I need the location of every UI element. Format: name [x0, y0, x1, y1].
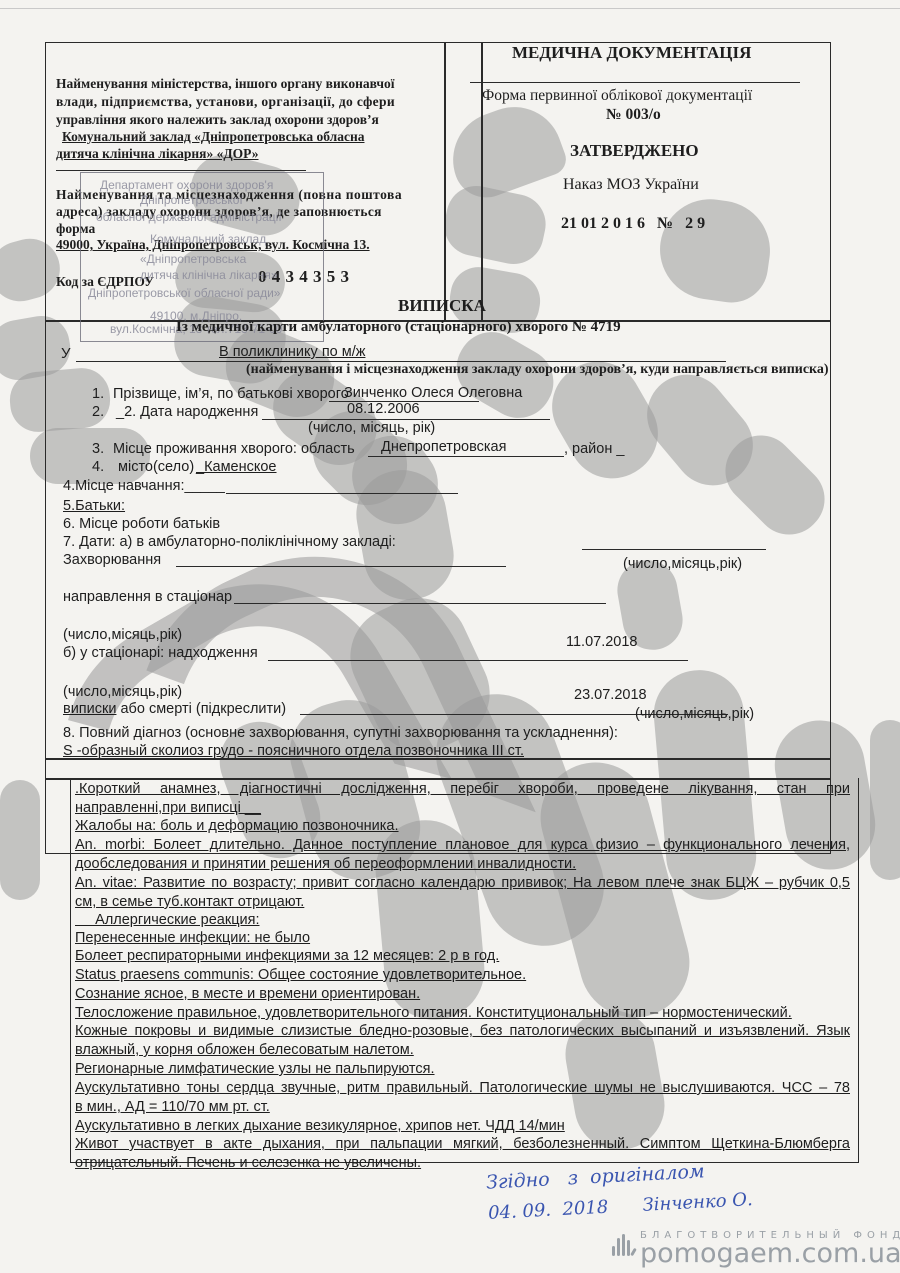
diagnosis-label: 8. Повний діагноз (основне захворювання,…: [63, 724, 618, 742]
illness-label: Захворювання: [63, 551, 161, 569]
study-place-underline: [226, 493, 458, 494]
ministry-underline: [56, 170, 306, 171]
anamnesis-line: дообследования и принятии решения об пер…: [75, 855, 576, 873]
anamnesis-line: Status praesens communis: Общее состояни…: [75, 966, 526, 984]
order-date-number: 21 01 2 0 1 6 № 2 9: [561, 215, 705, 233]
form-line: Форма первинної облікової документації: [482, 87, 752, 105]
stamp-line: Дніпропетровської обласної ради»: [88, 286, 280, 300]
city-value: _Каменское: [196, 458, 277, 476]
handwritten-date-signature: 04. 09. 2018 Зінченко О.: [488, 1189, 754, 1224]
anamnesis-line: см, в семье туб.контакт отрицают.: [75, 893, 304, 911]
anamnesis-line: Регионарные лимфатические узлы не пальпи…: [75, 1060, 435, 1078]
title-underline: [470, 82, 800, 83]
discharge-date: 23.07.2018: [574, 686, 647, 704]
anamnesis-line: Телосложение правильное, удовлетворитель…: [75, 1004, 792, 1022]
stamp-line: Комунальний заклад: [150, 232, 266, 246]
parents-work-label: 6. Місце роботи батьків: [63, 515, 220, 533]
anamnesis-line: An. vitae: Развитие по возрасту; привит …: [75, 874, 850, 892]
to-value: В поликлинику по м/ж: [219, 343, 365, 361]
anamnesis-line: Аускультативно в легких дыхание везикуля…: [75, 1117, 565, 1135]
discharge-date-caption: (число,місяць,рік): [635, 705, 754, 723]
dates-label: 7. Дати: а) в амбулаторно-поліклінічному…: [63, 533, 396, 551]
region-value: Днепропетровская: [381, 438, 506, 456]
ministry-value-line: Комунальний заклад «Дніпропетровська обл…: [62, 128, 365, 146]
illness-underline: [176, 566, 506, 567]
stamp-line: «Дніпропетровська: [140, 252, 246, 266]
anamnesis-line: Кожные покровы и видимые слизистые бледн…: [75, 1022, 850, 1040]
to-prefix: У: [61, 345, 71, 363]
discharge-label: виписки або смерті (підкреслити): [63, 700, 286, 718]
document-title: ВИПИСКА: [398, 297, 486, 315]
admission-underline: [268, 660, 688, 661]
field-number: 4.: [92, 458, 104, 476]
district-label: , район _: [564, 440, 624, 458]
diagnosis-value: S -образный сколиоз грудо - поясничного …: [63, 742, 524, 760]
residence-label: Місце проживання хворого: область: [113, 440, 355, 458]
field-number: 2.: [92, 403, 104, 421]
city-label: місто(село): [118, 458, 194, 476]
full-name-label: Прізвище, ім’я, по батькові хворого: [113, 385, 349, 403]
admission-date: 11.07.2018: [566, 633, 638, 651]
anamnesis-heading-cont: направленні,при виписці __: [75, 799, 261, 817]
birth-date-label: _2. Дата народження: [116, 403, 258, 421]
anamnesis-line: отрицательный. Печень и селезенка не уве…: [75, 1154, 421, 1172]
ministry-value-line: дитяча клінічна лікарня» «ДОР»: [56, 145, 259, 163]
anamnesis-line: An. morbi: Болеет длительно. Данное пост…: [75, 836, 850, 854]
field-number: 3.: [92, 440, 104, 458]
admission-caption: (число,місяць,рік): [63, 626, 182, 644]
stamp-line: дитяча клінічна лікарня»: [140, 268, 278, 282]
illness-date-caption: (число,місяць,рік): [623, 555, 742, 573]
anamnesis-line: Живот участвует в акте дыхания, при паль…: [75, 1135, 850, 1153]
birth-date-value: 08.12.2006: [347, 400, 420, 418]
anamnesis-line: Болеет респираторными инфекциями за 12 м…: [75, 947, 499, 965]
residence-underline: [368, 456, 564, 457]
referral-underline: [234, 603, 606, 604]
medical-docs-title: МЕДИЧНА ДОКУМЕНТАЦІЯ: [512, 44, 751, 62]
header-divider-2: [481, 42, 483, 320]
document-subtitle: Із медичної карти амбулаторного (стаціон…: [176, 318, 621, 336]
anamnesis-line: в мин., АД = 110/70 мм рт. ст.: [75, 1098, 270, 1116]
discharge-caption: (число,місяць,рік): [63, 683, 182, 701]
referral-label: направлення в стаціонар: [63, 588, 232, 606]
anamnesis-heading: .Короткий анамнез, діагностичні дослідже…: [75, 780, 850, 798]
stamp-line: обласної державної адміністрації: [96, 210, 282, 224]
field-number: 1.: [92, 385, 104, 403]
illness-date-underline: [582, 549, 766, 550]
stamp-line: Департамент охорони здоров'я: [100, 178, 273, 192]
ministry-label-line: Найменування міністерства, іншого органу…: [56, 75, 395, 93]
study-place-label: 4.Місце навчання:_____: [63, 477, 225, 495]
discharge-label-underlined: виписки: [63, 701, 116, 717]
admission-label: б) у стаціонарі: надходження: [63, 644, 258, 662]
stamp-line: Дніпропетровської: [140, 193, 243, 207]
anamnesis-line: Аускультативно тоны сердца звучные, ритм…: [75, 1079, 850, 1097]
header-divider-1: [444, 42, 446, 320]
anamnesis-line: Сознание ясное, в месте и времени ориент…: [75, 985, 420, 1003]
to-caption: (найменування і місцезнаходження закладу…: [246, 361, 829, 379]
discharge-label-rest: або смерті (підкреслити): [116, 701, 286, 717]
anamnesis-line: Аллергические реакция:: [75, 911, 259, 929]
order-label: Наказ МОЗ України: [563, 176, 699, 194]
anamnesis-line: Жалобы на: боль и деформацию позвоночник…: [75, 817, 399, 835]
handwritten-certification: Згідно з оригіналом: [486, 1160, 706, 1193]
parents-label: 5.Батьки:: [63, 497, 125, 515]
anamnesis-line: влажный, у корня обложен белесоватым нал…: [75, 1041, 414, 1059]
charity-site-label: pomogaem.com.ua: [640, 1238, 900, 1269]
form-number: № 003/о: [606, 106, 661, 124]
anamnesis-line: Перенесенные инфекции: не было: [75, 929, 310, 947]
birth-date-caption: (число, місяць, рік): [308, 419, 435, 437]
ministry-label-line: влади, підприємства, установи, організац…: [56, 93, 395, 111]
approved-label: ЗАТВЕРДЖЕНО: [570, 142, 699, 160]
hand-logo-icon: [612, 1232, 634, 1256]
ministry-label-line: управління якого належить заклад охорони…: [56, 111, 379, 129]
